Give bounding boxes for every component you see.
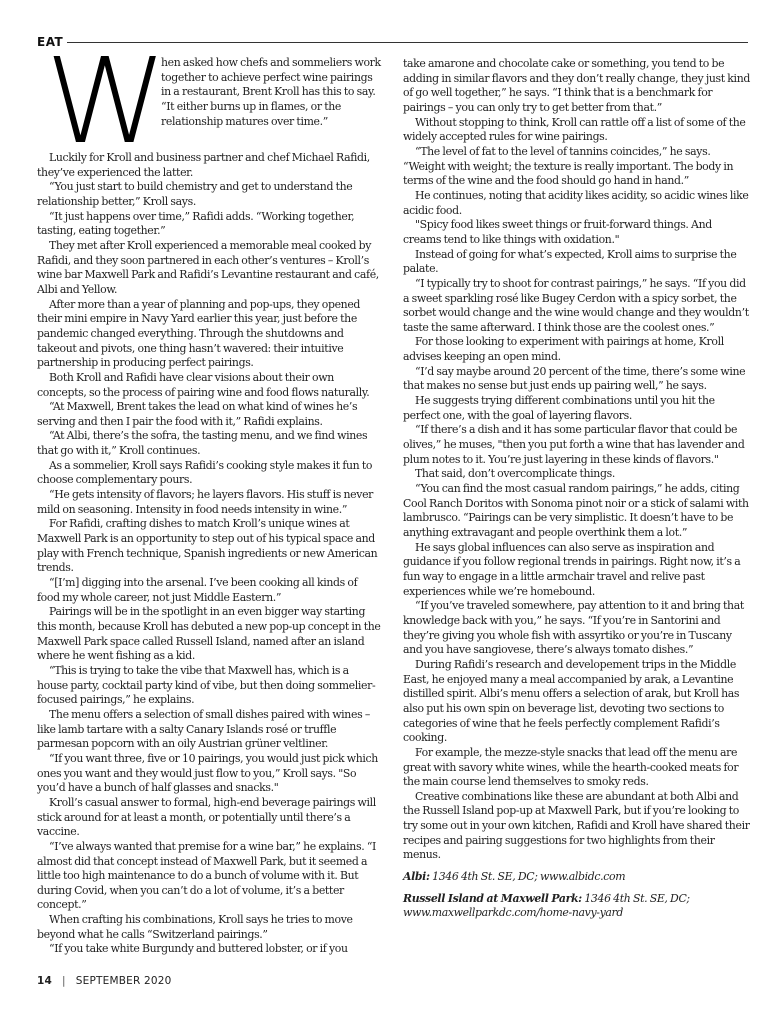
paragraph: He continues, noting that acidity likes …: [403, 189, 750, 218]
paragraph: The menu offers a selection of small dis…: [37, 708, 382, 752]
paragraph: "Spicy food likes sweet things or fruit-…: [403, 218, 750, 247]
paragraph: Without stopping to think, Kroll can rat…: [403, 116, 750, 145]
venue-info-albi: Albi: 1346 4th St. SE, DC; www.albidc.co…: [403, 870, 750, 885]
paragraph: “I’ve always wanted that premise for a w…: [37, 840, 382, 913]
venue-name: Russell Island at Maxwell Park:: [403, 892, 582, 905]
paragraph: “I typically try to shoot for contrast p…: [403, 277, 750, 336]
paragraph: “You just start to build chemistry and g…: [37, 180, 382, 209]
drop-cap-container: W: [37, 55, 161, 151]
paragraph: That said, don’t overcomplicate things.: [403, 467, 750, 482]
paragraph: As a sommelier, Kroll says Rafidi’s cook…: [37, 459, 382, 488]
paragraph: “If you want three, five or 10 pairings,…: [37, 752, 382, 796]
paragraph: When crafting his combinations, Kroll sa…: [37, 913, 382, 942]
issue-date: SEPTEMBER 2020: [76, 975, 172, 987]
header-rule: [67, 42, 748, 43]
paragraph: “I’d say maybe around 20 percent of the …: [403, 365, 750, 394]
paragraph: “He gets intensity of flavors; he layers…: [37, 488, 382, 517]
paragraph: Kroll’s casual answer to formal, high-en…: [37, 796, 382, 840]
article-column-left: W hen asked how chefs and sommeliers wor…: [37, 56, 382, 957]
venue-details: 1346 4th St. SE, DC; www.albidc.com: [430, 870, 626, 883]
drop-cap: W: [45, 51, 167, 151]
paragraph: Both Kroll and Rafidi have clear visions…: [37, 371, 382, 400]
paragraph: Instead of going for what’s expected, Kr…: [403, 248, 750, 277]
paragraph: Creative combinations like these are abu…: [403, 790, 750, 863]
paragraph: “You can find the most casual random pai…: [403, 482, 750, 541]
paragraph: For Rafidi, crafting dishes to match Kro…: [37, 517, 382, 576]
page-number: 14: [37, 975, 52, 987]
article-column-right: take amarone and chocolate cake or somet…: [403, 57, 750, 921]
paragraph: “[I’m] digging into the arsenal. I’ve be…: [37, 576, 382, 605]
paragraph: “It just happens over time,” Rafidi adds…: [37, 210, 382, 239]
page-footer: 14|SEPTEMBER 2020: [37, 975, 172, 987]
paragraph: For those looking to experiment with pai…: [403, 335, 750, 364]
paragraph: After more than a year of planning and p…: [37, 298, 382, 371]
paragraph: “This is trying to take the vibe that Ma…: [37, 664, 382, 708]
paragraph: They met after Kroll experienced a memor…: [37, 239, 382, 298]
paragraph: “If there’s a dish and it has some parti…: [403, 423, 750, 467]
paragraph: “If you take white Burgundy and buttered…: [37, 942, 382, 957]
paragraph: Pairings will be in the spotlight in an …: [37, 605, 382, 664]
paragraph: For example, the mezze-style snacks that…: [403, 746, 750, 790]
paragraph: “If you’ve traveled somewhere, pay atten…: [403, 599, 750, 658]
venue-info-russell-island: Russell Island at Maxwell Park: 1346 4th…: [403, 892, 750, 921]
venue-name: Albi:: [403, 870, 430, 883]
paragraph: “At Albi, there’s the sofra, the tasting…: [37, 429, 382, 458]
paragraph: He says global influences can also serve…: [403, 541, 750, 600]
paragraph: He suggests trying different combination…: [403, 394, 750, 423]
footer-separator: |: [62, 975, 66, 987]
paragraph: “At Maxwell, Brent takes the lead on wha…: [37, 400, 382, 429]
continued-paragraph: take amarone and chocolate cake or somet…: [403, 57, 750, 116]
paragraph: “The level of fat to the level of tannin…: [403, 145, 750, 189]
paragraph: During Rafidi’s research and developemen…: [403, 658, 750, 746]
